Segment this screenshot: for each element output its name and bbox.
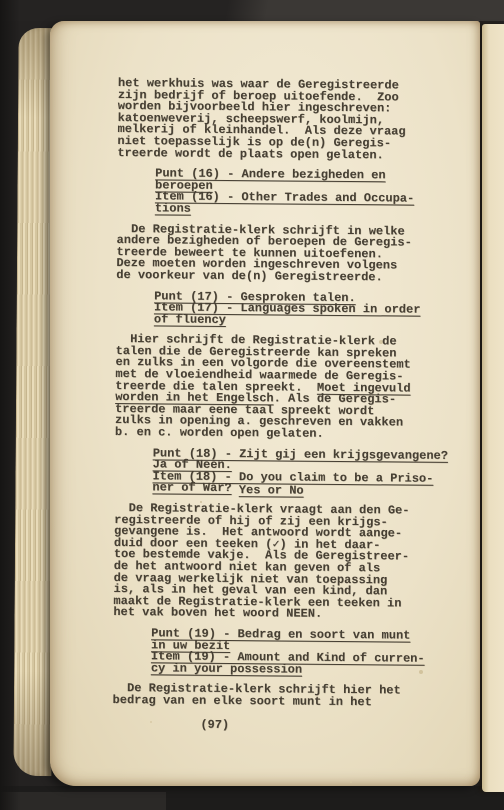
- paragraph-item-16: De Registratie-klerk schrijft in welke a…: [116, 224, 460, 285]
- next-page-edge: [482, 24, 504, 792]
- paragraph-item-18: De Registratie-klerk vraagt aan den Ge- …: [113, 503, 458, 622]
- document-page: het werkhuis was waar de Geregistreerde …: [50, 21, 480, 786]
- page-text: het werkhuis was waar de Geregistreerde …: [112, 78, 462, 733]
- paragraph-item-19: De Registratie-klerk schrijft hier het b…: [113, 683, 457, 709]
- photo-background-bottom-left: [0, 792, 166, 810]
- section-heading-19: Punt (19) - Bedrag en soort van munt in …: [151, 628, 457, 677]
- section-heading-18: Punt (18) - Zijt gij een krijgsgevangene…: [152, 448, 458, 497]
- book-photo: { "palette": { "bg_dark": "#242221", "pa…: [0, 0, 504, 810]
- page-number: (97): [200, 719, 229, 731]
- section-heading-16: Punt (16) - Andere bezigheden en beroepe…: [155, 168, 461, 217]
- photo-background-top: [0, 0, 504, 21]
- section-heading-17: Punt (17) - Gesproken talen. Item (17) -…: [154, 291, 460, 328]
- paragraph-item-17: Hier schrijft de Registratie-klerk de ta…: [115, 334, 460, 441]
- paragraph-intro: het werkhuis was waar de Geregistreerde …: [117, 78, 462, 162]
